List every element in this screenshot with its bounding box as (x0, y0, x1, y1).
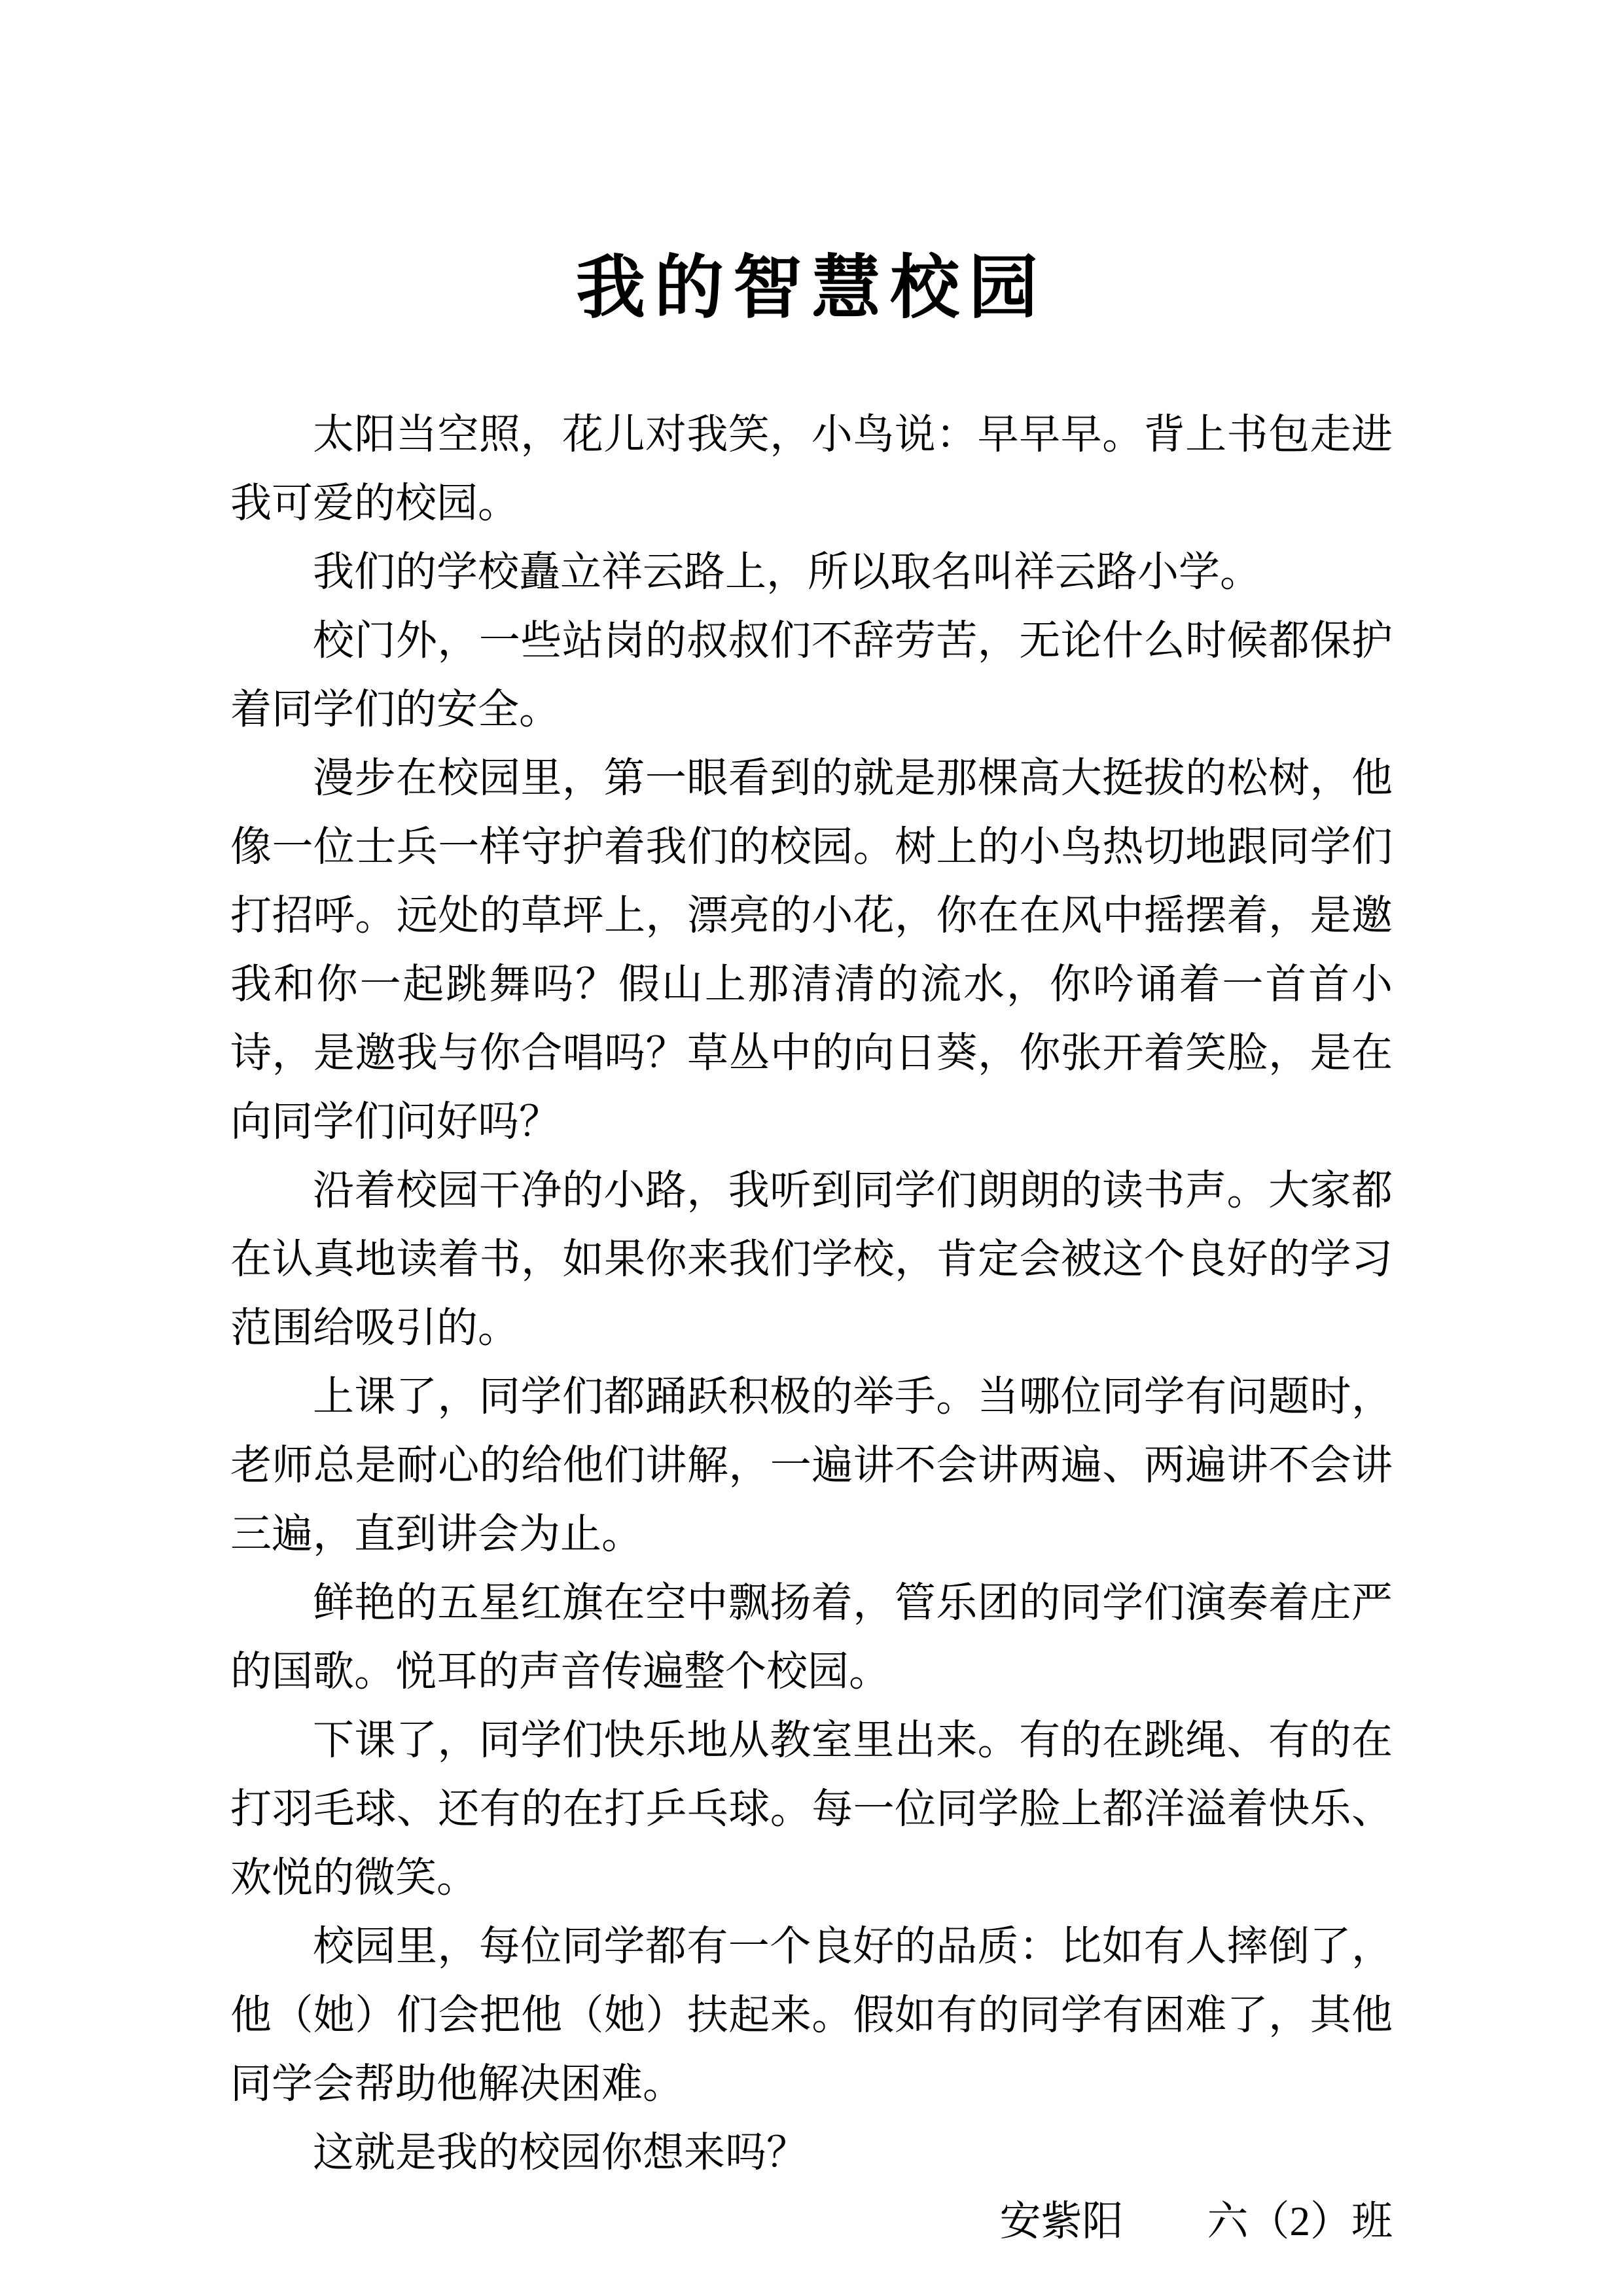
essay-paragraph: 校门外，一些站岗的叔叔们不辞劳苦，无论什么时候都保护着同学们的安全。 (230, 607, 1393, 744)
essay-paragraph: 校园里，每位同学都有一个良好的品质：比如有人摔倒了，他（她）们会把他（她）扶起来… (230, 1912, 1393, 2119)
essay-body: 太阳当空照，花儿对我笑，小鸟说：早早早。背上书包走进我可爱的校园。 我们的学校矗… (230, 401, 1393, 2187)
author-name: 安紫阳 (1000, 2198, 1124, 2244)
essay-paragraph: 沿着校园干净的小路，我听到同学们朗朗的读书声。大家都在认真地读着书，如果你来我们… (230, 1157, 1393, 1363)
essay-paragraph: 太阳当空照，花儿对我笑，小鸟说：早早早。背上书包走进我可爱的校园。 (230, 401, 1393, 538)
signature-line: 安紫阳六（2）班 (230, 2187, 1393, 2256)
class-label: 六（2）班 (1207, 2198, 1393, 2244)
essay-paragraph: 我们的学校矗立祥云路上，所以取名叫祥云路小学。 (230, 538, 1393, 607)
essay-paragraph: 漫步在校园里，第一眼看到的就是那棵高大挺拔的松树，他像一位士兵一样守护着我们的校… (230, 744, 1393, 1157)
essay-title: 我的智慧校园 (230, 0, 1393, 323)
essay-content: 我的智慧校园 太阳当空照，花儿对我笑，小鸟说：早早早。背上书包走进我可爱的校园。… (0, 0, 1623, 2256)
document-page: 我的智慧校园 太阳当空照，花儿对我笑，小鸟说：早早早。背上书包走进我可爱的校园。… (0, 0, 1623, 2296)
essay-paragraph: 上课了，同学们都踊跃积极的举手。当哪位同学有问题时，老师总是耐心的给他们讲解，一… (230, 1363, 1393, 1569)
essay-paragraph: 这就是我的校园你想来吗？ (230, 2119, 1393, 2187)
essay-paragraph: 下课了，同学们快乐地从教室里出来。有的在跳绳、有的在打羽毛球、还有的在打乒乓球。… (230, 1706, 1393, 1912)
essay-paragraph: 鲜艳的五星红旗在空中飘扬着，管乐团的同学们演奏着庄严的国歌。悦耳的声音传遍整个校… (230, 1569, 1393, 1706)
